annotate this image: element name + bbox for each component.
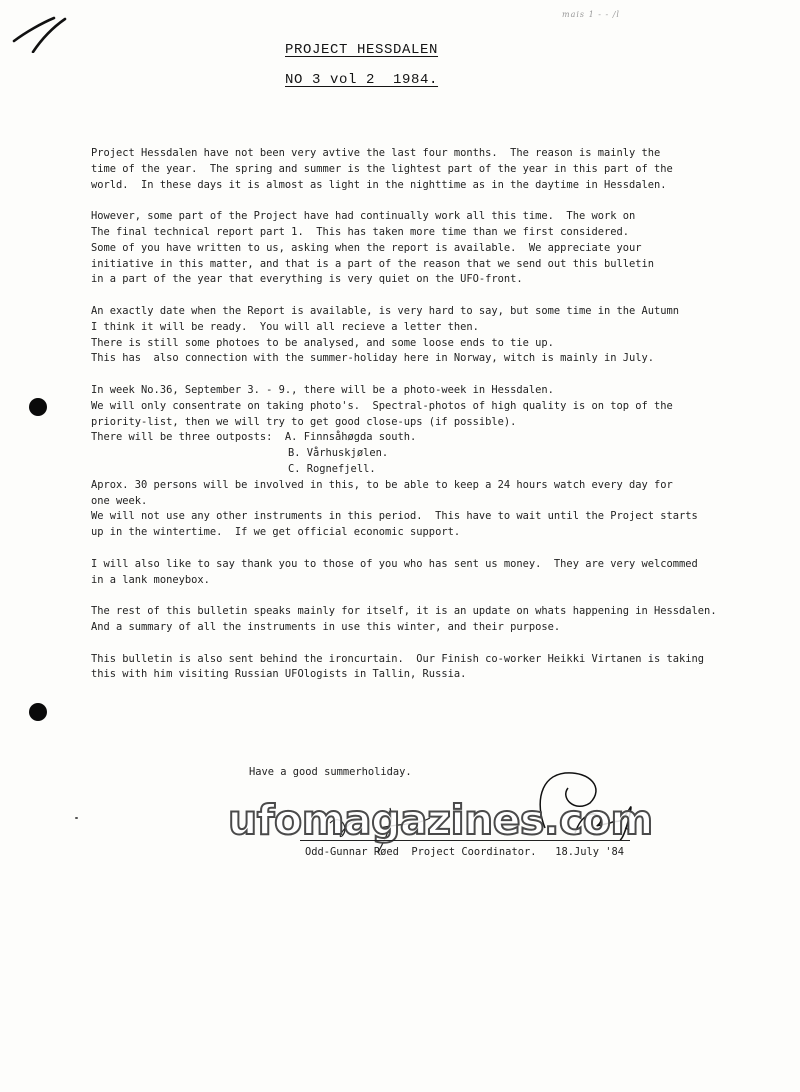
text-line: one week. [91,494,731,510]
document-page: mais 1 - - /l PROJECT HESSDALEN NO 3 vol… [0,0,800,1092]
paragraph: I will also like to say thank you to tho… [91,557,731,589]
text-line: world. In these days it is almost as lig… [91,178,731,194]
text-line: In week No.36, September 3. - 9., there … [91,383,731,399]
handwritten-double-slash-mark [8,8,68,53]
text-line: However, some part of the Project have h… [91,209,731,225]
text-line: This bulletin is also sent behind the ir… [91,652,731,668]
text-line: priority-list, then we will try to get g… [91,415,731,431]
text-line: We will not use any other instruments in… [91,509,731,525]
text-line: We will only consentrate on taking photo… [91,399,731,415]
text-line: The rest of this bulletin speaks mainly … [91,604,731,620]
signature-line [300,840,630,841]
text-line: This has also connection with the summer… [91,351,731,367]
paper-speck [75,817,78,819]
text-line: And a summary of all the instruments in … [91,620,731,636]
text-line: The final technical report part 1. This … [91,225,731,241]
text-line: this with him visiting Russian UFOlogist… [91,667,731,683]
paragraph: An exactly date when the Report is avail… [91,304,731,367]
handwritten-corner-note: mais 1 - - /l [562,10,620,19]
text-line: Project Hessdalen have not been very avt… [91,146,731,162]
text-line: I think it will be ready. You will all r… [91,320,731,336]
watermark: ufomagazines.com [228,796,653,844]
text-line: in a lank moneybox. [91,573,731,589]
document-issue-number: NO 3 vol 2 1984. [285,72,438,88]
signer-credit: Odd-Gunnar Røed Project Coordinator. 18.… [305,846,624,858]
text-line: initiative in this matter, and that is a… [91,257,731,273]
text-line: There is still some photoes to be analys… [91,336,731,352]
text-line: time of the year. The spring and summer … [91,162,731,178]
text-line: I will also like to say thank you to tho… [91,557,731,573]
bulletin-body: Project Hessdalen have not been very avt… [91,146,731,699]
outpost-item: B. Vårhuskjølen. [91,446,731,462]
punch-hole-lower [29,703,47,721]
paragraph: However, some part of the Project have h… [91,209,731,288]
outpost-item: C. Rognefjell. [91,462,731,478]
text-line: An exactly date when the Report is avail… [91,304,731,320]
paragraph: Project Hessdalen have not been very avt… [91,146,731,193]
paragraph: This bulletin is also sent behind the ir… [91,652,731,684]
text-line: Some of you have written to us, asking w… [91,241,731,257]
paragraph: The rest of this bulletin speaks mainly … [91,604,731,636]
paragraph: In week No.36, September 3. - 9., there … [91,383,731,541]
text-line: up in the wintertime. If we get official… [91,525,731,541]
text-line: Aprox. 30 persons will be involved in th… [91,478,731,494]
punch-hole-upper [29,398,47,416]
text-line: There will be three outposts: A. Finnsåh… [91,430,731,446]
text-line: in a part of the year that everything is… [91,272,731,288]
document-title: PROJECT HESSDALEN [285,42,438,58]
